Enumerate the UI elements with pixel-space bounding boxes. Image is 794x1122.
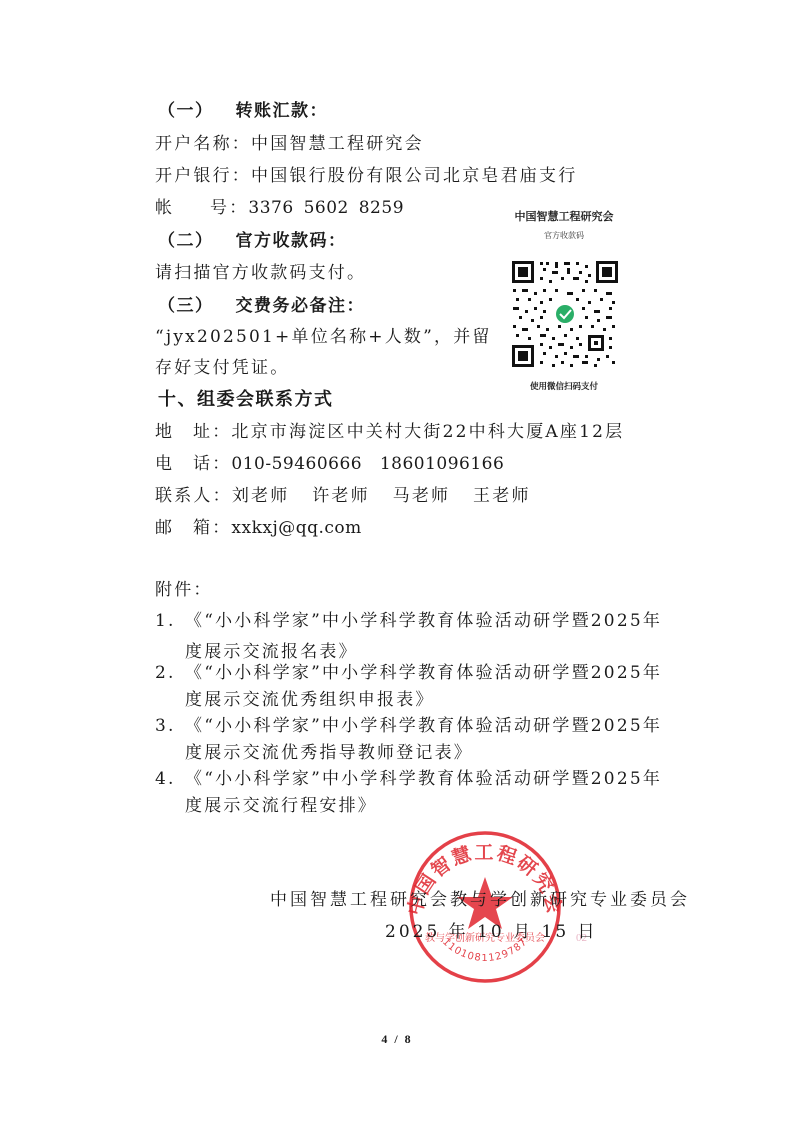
bank-row: 开户银行：中国银行股份有限公司北京皂君庙支行 <box>155 161 577 186</box>
account-number-value: 3376 5602 8259 <box>248 198 404 218</box>
email-row: 邮箱：xxkxj@qq.com <box>155 513 362 538</box>
contact-people-row: 联系人：刘老师 许老师 马老师 王老师 <box>155 481 531 506</box>
transfer-heading: （一）转账汇款： <box>158 96 328 121</box>
account-name-row: 开户名称：中国智慧工程研究会 <box>155 129 424 154</box>
phone-value: 010-59460666 18601096166 <box>231 454 504 474</box>
account-number-row: 帐号：3376 5602 8259 <box>155 193 404 218</box>
attachment-item-2: 2.《“小小科学家”中小学科学教育体验活动研学暨2025年 <box>155 658 662 683</box>
qr-card-title: 中国智慧工程研究会 <box>496 208 632 224</box>
contact-people-value: 刘老师 许老师 马老师 王老师 <box>232 486 531 506</box>
bank-value: 中国银行股份有限公司北京皂君庙支行 <box>251 166 577 186</box>
page-number: 4 / 8 <box>0 1032 794 1047</box>
qrcode-heading: （二）官方收款码： <box>158 226 347 251</box>
remark-text-line2: 存好支付凭证。 <box>155 353 289 378</box>
attachments-label: 附件： <box>155 575 213 600</box>
attachment-item-1: 1.《“小小科学家”中小学科学教育体验活动研学暨2025年 <box>155 606 662 631</box>
email-value[interactable]: xxkxj@qq.com <box>231 518 361 538</box>
contact-heading: 十、组委会联系方式 <box>158 385 334 411</box>
qr-code-image[interactable] <box>510 259 620 369</box>
wechat-pay-icon <box>556 305 574 323</box>
qr-card-subtitle: 官方收款码 <box>496 230 632 241</box>
signature-org: 中国智慧工程研究会教与学创新研究专业委员会 <box>270 885 690 910</box>
attachment-item-4-cont: 度展示交流行程安排》 <box>185 791 377 816</box>
qrcode-instruction: 请扫描官方收款码支付。 <box>155 258 366 283</box>
attachment-item-3-cont: 度展示交流优秀指导教师登记表》 <box>185 738 473 763</box>
remark-text-line1: “jyx202501+单位名称+人数”，并留 <box>155 322 492 347</box>
phone-row: 电话：010-59460666 18601096166 <box>155 449 504 474</box>
remark-heading: （三）交费务必备注： <box>158 291 365 316</box>
address-value: 北京市海淀区中关村大街22中科大厦A座12层 <box>231 422 624 442</box>
address-row: 地址：北京市海淀区中关村大街22中科大厦A座12层 <box>155 417 624 442</box>
payment-qr-card: 中国智慧工程研究会 官方收款码 使用微信扫码支付 <box>496 204 632 394</box>
attachment-item-3: 3.《“小小科学家”中小学科学教育体验活动研学暨2025年 <box>155 711 662 736</box>
attachment-item-2-cont: 度展示交流优秀组织申报表》 <box>185 685 435 710</box>
qr-card-footer: 使用微信扫码支付 <box>496 380 632 392</box>
attachment-item-4: 4.《“小小科学家”中小学科学教育体验活动研学暨2025年 <box>155 764 662 789</box>
account-name-value: 中国智慧工程研究会 <box>251 134 424 154</box>
signature-date: 2025 年 10 月 15 日 <box>385 917 598 942</box>
transfer-heading-num: （一） <box>158 96 214 121</box>
